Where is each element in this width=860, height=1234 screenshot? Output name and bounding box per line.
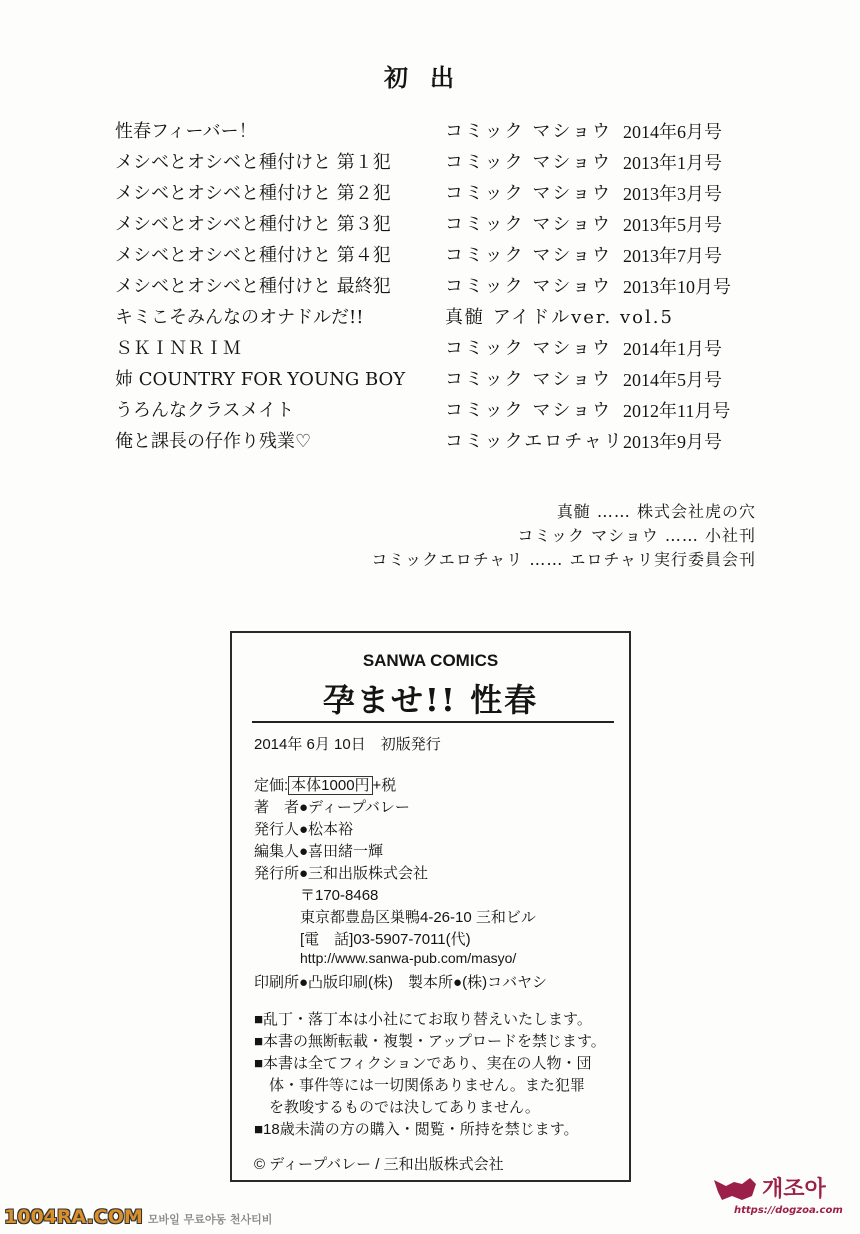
publication-magazine: コミック マショウ xyxy=(445,179,612,209)
publication-magazine: コミック マショウ xyxy=(445,334,612,364)
publication-magazine: コミック マショウ xyxy=(445,396,612,426)
publication-title: メシベとオシベと種付けと 最終犯 xyxy=(115,272,391,302)
watermark-brand: 1004RA.COM xyxy=(4,1206,143,1228)
publication-issue: 2014年1月号 xyxy=(623,334,722,364)
phone: [電 話]03-5907-7011(代) xyxy=(300,928,471,949)
website-url: http://www.sanwa-pub.com/masyo/ xyxy=(300,950,516,966)
office-line: 発行所●三和出版株式会社 xyxy=(254,862,428,883)
publication-row: メシベとオシベと種付けと 第４犯コミック マショウ2013年7月号 xyxy=(115,241,775,271)
publication-title: 俺と課長の仔作り残業♡ xyxy=(115,427,311,457)
publication-issue: 2014年6月号 xyxy=(623,117,722,147)
publication-title: メシベとオシベと種付けと 第２犯 xyxy=(115,179,391,209)
publisher-notes: 真髄 …… 株式会社虎の穴 コミック マショウ …… 小社刊 コミックエロチャリ… xyxy=(371,500,756,572)
publication-row: 性春フィーバー！コミック マショウ2014年6月号 xyxy=(115,117,775,147)
watermark-tagline: 모바일 무료야동 천사티비 xyxy=(148,1213,273,1226)
publication-title: 性春フィーバー！ xyxy=(115,117,257,147)
watermark-url: https://dogzoa.com xyxy=(734,1205,843,1216)
publication-issue: 2013年10月号 xyxy=(623,272,731,302)
title-rule xyxy=(252,721,614,723)
publication-row: メシベとオシベと種付けと 第２犯コミック マショウ2013年3月号 xyxy=(115,179,775,209)
publication-title: うろんなクラスメイト xyxy=(115,396,294,426)
note-line: を教唆するものでは決してありません。 xyxy=(254,1096,540,1117)
colophon-box: SANWA COMICS 孕ませ!! 性春 2014年 6月 10日 初版発行 … xyxy=(230,631,631,1182)
issuer-line: 発行人●松本裕 xyxy=(254,818,353,839)
note-line: ■18歳未満の方の購入・閲覧・所持を禁じます。 xyxy=(254,1118,579,1139)
publication-row: メシベとオシベと種付けと 最終犯コミック マショウ2013年10月号 xyxy=(115,272,775,302)
publication-magazine: コミック マショウ xyxy=(445,210,612,240)
note-line: ■本書は全てフィクションであり、実在の人物・団 xyxy=(254,1052,592,1073)
publication-magazine: コミック マショウ xyxy=(445,241,612,271)
publication-title: メシベとオシベと種付けと 第３犯 xyxy=(115,210,391,240)
publication-magazine: コミック マショウ xyxy=(445,148,612,178)
publication-title: 姉 COUNTRY FOR YOUNG BOY xyxy=(115,365,405,395)
price-tax: +税 xyxy=(373,777,397,794)
publication-magazine: コミック マショウ xyxy=(445,272,612,302)
release-date: 2014年 6月 10日 初版発行 xyxy=(254,733,441,754)
publisher-note: コミック マショウ …… 小社刊 xyxy=(371,524,756,548)
postal-code: 〒170-8468 xyxy=(300,884,378,905)
publication-row: 俺と課長の仔作り残業♡コミックエロチャリ2013年9月号 xyxy=(115,427,775,457)
publication-issue: 2014年5月号 xyxy=(623,365,722,395)
publication-title: ＳＫＩＮＲＩＭ xyxy=(115,334,241,364)
watermark-brand-right: 개조아 xyxy=(762,1172,826,1203)
publication-magazine: 真髄 アイドルver. vol.5 xyxy=(445,303,674,333)
publication-issue: 2013年9月号 xyxy=(623,427,722,457)
publication-row: 姉 COUNTRY FOR YOUNG BOYコミック マショウ2014年5月号 xyxy=(115,365,775,395)
publication-magazine: コミック マショウ xyxy=(445,117,612,147)
editor-line: 編集人●喜田緒一輝 xyxy=(254,840,383,861)
note-line: ■本書の無断転載・複製・アップロードを禁じます。 xyxy=(254,1030,606,1051)
publication-title: メシベとオシベと種付けと 第４犯 xyxy=(115,241,391,271)
publisher-note: コミックエロチャリ …… エロチャリ実行委員会刊 xyxy=(371,548,756,572)
price-label: 定価: xyxy=(254,777,288,794)
publication-issue: 2013年5月号 xyxy=(623,210,722,240)
publication-row: うろんなクラスメイトコミック マショウ2012年11月号 xyxy=(115,396,775,426)
publication-row: メシベとオシベと種付けと 第１犯コミック マショウ2013年1月号 xyxy=(115,148,775,178)
publication-row: キミこそみんなのオナドルだ!!真髄 アイドルver. vol.5 xyxy=(115,303,775,333)
publication-issue: 2013年7月号 xyxy=(623,241,722,271)
publication-title: キミこそみんなのオナドルだ!! xyxy=(115,303,363,333)
dog-logo-icon xyxy=(712,1174,762,1204)
address: 東京都豊島区巣鴨4-26-10 三和ビル xyxy=(300,906,536,927)
publication-issue: 2013年3月号 xyxy=(623,179,722,209)
page-heading: 初出 xyxy=(0,58,860,93)
printer-line: 印刷所●凸版印刷(株) 製本所●(株)コバヤシ xyxy=(254,971,547,992)
publication-row: メシベとオシベと種付けと 第３犯コミック マショウ2013年5月号 xyxy=(115,210,775,240)
publication-row: ＳＫＩＮＲＩＭコミック マショウ2014年1月号 xyxy=(115,334,775,364)
note-line: 体・事件等には一切関係ありません。また犯罪 xyxy=(254,1074,585,1095)
publication-issue: 2013年1月号 xyxy=(623,148,722,178)
note-line: ■乱丁・落丁本は小社にてお取り替えいたします。 xyxy=(254,1008,592,1029)
watermark-left: 1004RA.COM 모바일 무료야동 천사티비 xyxy=(4,1206,272,1228)
price-value: 本体1000円 xyxy=(288,776,372,795)
series-name: SANWA COMICS xyxy=(232,651,629,671)
book-title: 孕ませ!! 性春 xyxy=(232,675,629,721)
copyright: © ディープバレー / 三和出版株式会社 xyxy=(254,1153,504,1174)
publication-magazine: コミックエロチャリ xyxy=(445,427,624,457)
price-line: 定価:本体1000円+税 xyxy=(254,774,396,795)
publication-title: メシベとオシベと種付けと 第１犯 xyxy=(115,148,391,178)
author-line: 著 者●ディープバレー xyxy=(254,796,410,817)
publication-issue: 2012年11月号 xyxy=(623,396,730,426)
publication-magazine: コミック マショウ xyxy=(445,365,612,395)
publisher-note: 真髄 …… 株式会社虎の穴 xyxy=(371,500,756,524)
